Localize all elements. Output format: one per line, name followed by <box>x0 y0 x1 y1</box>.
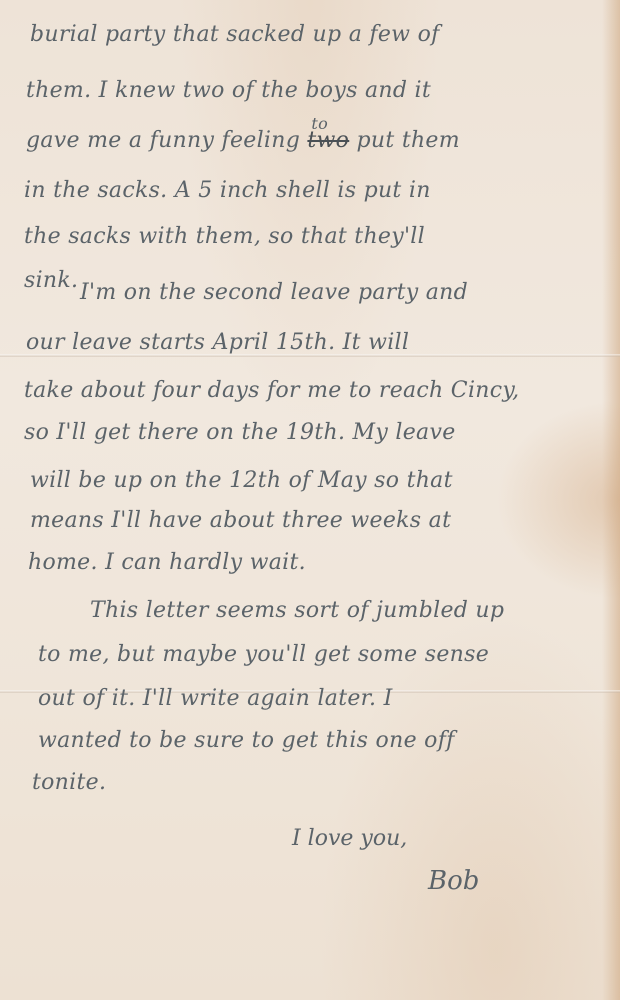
text-line: out of it. I'll write again later. I <box>38 686 393 711</box>
text-line: wanted to be sure to get this one off <box>38 728 455 753</box>
text-line: sink. <box>24 268 78 293</box>
text-line: take about four days for me to reach Cin… <box>24 378 519 403</box>
text-line: so I'll get there on the 19th. My leave <box>24 420 456 445</box>
letter-body: burial party that sacked up a few of the… <box>0 0 620 1000</box>
text-line: means I'll have about three weeks at <box>30 508 451 533</box>
text-line: them. I knew two of the boys and it <box>26 78 431 103</box>
text-segment: gave me a funny feeling <box>26 128 307 153</box>
closing-salutation: I love you, <box>292 826 407 851</box>
text-line-with-correction: gave me a funny feeling twoto put them <box>26 128 460 153</box>
signature: Bob <box>428 866 479 896</box>
struck-word: twoto <box>307 128 349 153</box>
text-line: tonite. <box>32 770 106 795</box>
text-line: the sacks with them, so that they'll <box>24 224 425 249</box>
text-line: to me, but maybe you'll get some sense <box>38 642 489 667</box>
text-line: our leave starts April 15th. It will <box>26 330 409 355</box>
text-segment: put them <box>349 128 460 153</box>
text-line: I'm on the second leave party and <box>80 280 468 305</box>
text-line: in the sacks. A 5 inch shell is put in <box>24 178 431 203</box>
text-line: home. I can hardly wait. <box>28 550 306 575</box>
inserted-word: to <box>311 114 328 133</box>
text-line: This letter seems sort of jumbled up <box>90 598 504 623</box>
text-line: burial party that sacked up a few of <box>30 22 440 47</box>
text-line: will be up on the 12th of May so that <box>30 468 453 493</box>
